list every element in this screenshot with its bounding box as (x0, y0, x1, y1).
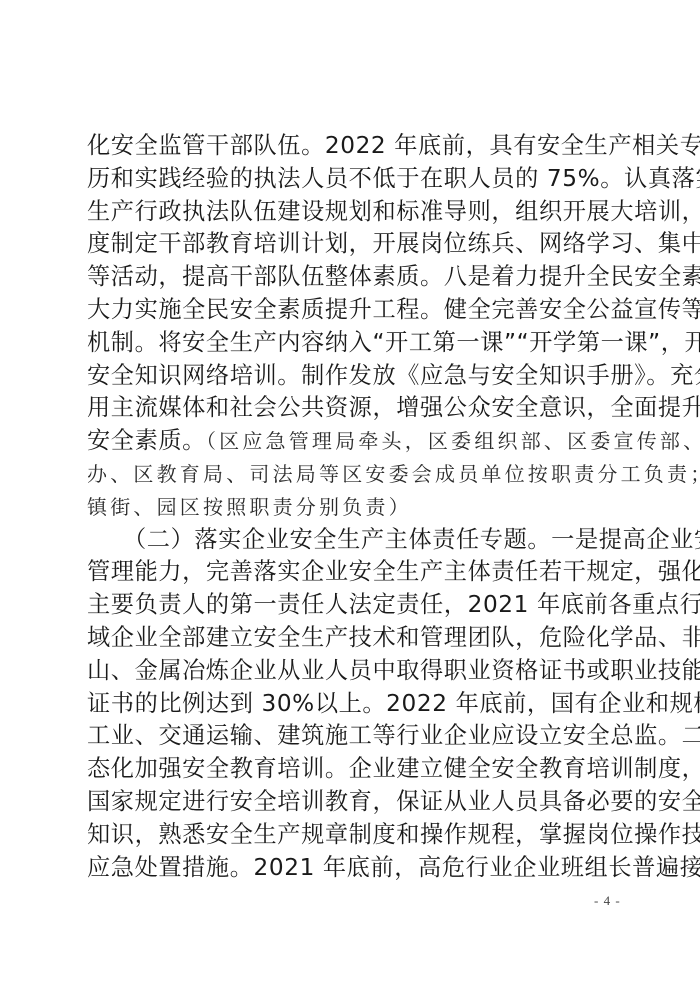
text-line: 态化加强安全教育培训。企业建立健全安全教育培训制度，按照 (87, 753, 613, 786)
section-heading-line: （二）落实企业安全生产主体责任专题。一是提高企业安全 (87, 524, 613, 557)
text-line: 度制定干部教育培训计划，开展岗位练兵、网络学习、集中轮训 (87, 228, 613, 261)
text-segment: 安全素质。 (87, 427, 206, 454)
responsibility-note: （区应急管理局牵头，区委组织部、区委宣传部、编 (206, 429, 700, 453)
text-line: 知识，熟悉安全生产规章制度和操作规程，掌握岗位操作技能和 (87, 819, 613, 852)
text-line: 用主流媒体和社会公共资源，增强公众安全意识，全面提升全民 (87, 392, 613, 425)
text-line: 机制。将安全生产内容纳入“开工第一课”“开学第一课”，开展 (87, 327, 613, 360)
text-line: 安全知识网络培训。制作发放《应急与安全知识手册》。充分利 (87, 360, 613, 393)
text-line: 化安全监管干部队伍。2022 年底前，具有安全生产相关专业学 (87, 130, 613, 163)
responsibility-note: 办、区教育局、司法局等区安委会成员单位按职责分工负责；各 (87, 462, 700, 486)
document-body: 化安全监管干部队伍。2022 年底前，具有安全生产相关专业学 历和实践经验的执法… (87, 130, 613, 884)
text-line-with-note: 安全素质。（区应急管理局牵头，区委组织部、区委宣传部、编 (87, 425, 613, 458)
text-line: 应急处置措施。2021 年底前，高危行业企业班组长普遍接受安 (87, 852, 613, 885)
text-line: 国家规定进行安全培训教育，保证从业人员具备必要的安全生产 (87, 786, 613, 819)
text-line: 等活动，提高干部队伍整体素质。八是着力提升全民安全素质。 (87, 261, 613, 294)
text-line: 证书的比例达到 30%以上。2022 年底前，国有企业和规模以上 (87, 688, 613, 721)
text-line: 域企业全部建立安全生产技术和管理团队，危险化学品、非煤矿 (87, 622, 613, 655)
text-line: 生产行政执法队伍建设规划和标准导则，组织开展大培训，分年 (87, 196, 613, 229)
page-number: - 4 - (594, 893, 621, 909)
text-line: 大力实施全民安全素质提升工程。健全完善安全公益宣传等制度 (87, 294, 613, 327)
text-line: 历和实践经验的执法人员不低于在职人员的 75%。认真落实安全 (87, 163, 613, 196)
note-line: 镇街、园区按照职责分别负责） (87, 491, 613, 524)
responsibility-note: 镇街、园区按照职责分别负责） (87, 495, 412, 519)
text-line: 山、金属冶炼企业从业人员中取得职业资格证书或职业技能等级 (87, 655, 613, 688)
text-line: 工业、交通运输、建筑施工等行业企业应设立安全总监。二是常 (87, 720, 613, 753)
document-page: 化安全监管干部队伍。2022 年底前，具有安全生产相关专业学 历和实践经验的执法… (0, 0, 700, 990)
text-line: 管理能力，完善落实企业安全生产主体责任若干规定，强化企业 (87, 556, 613, 589)
text-line: 主要负责人的第一责任人法定责任，2021 年底前各重点行业领 (87, 589, 613, 622)
note-line: 办、区教育局、司法局等区安委会成员单位按职责分工负责；各 (87, 458, 613, 491)
